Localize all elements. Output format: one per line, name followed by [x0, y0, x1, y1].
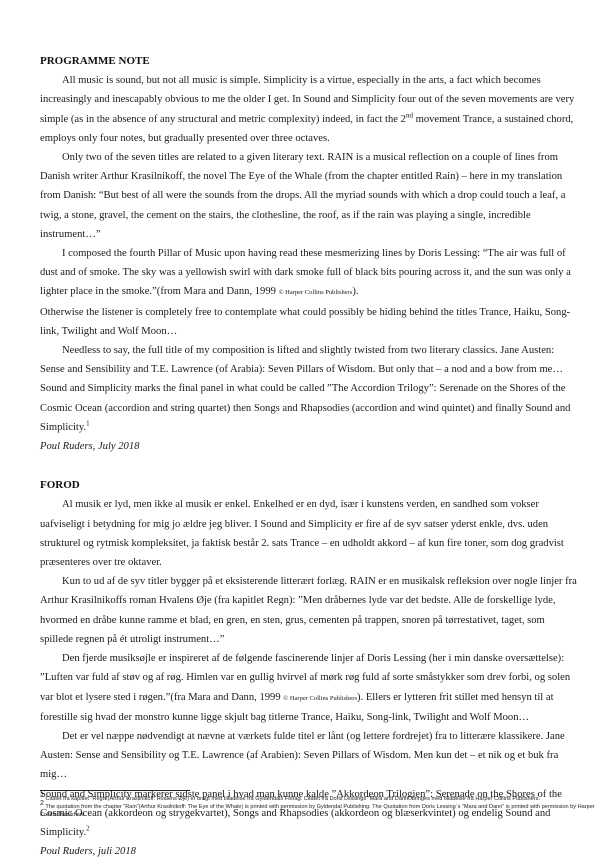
footnote-ref[interactable]: 1 — [86, 419, 90, 427]
ordinal-superscript: nd — [406, 111, 413, 119]
section-heading: FOROD — [40, 476, 580, 495]
signature: Poul Ruders, July 2018 — [40, 437, 580, 456]
footnotes: 1 Citatet fra kapitlet ”Regn”(Arthur Kra… — [40, 790, 600, 820]
document-page: PROGRAMME NOTE All music is sound, but n… — [40, 52, 580, 861]
footnote: 2 The quotation from the chapter ”Rain”(… — [40, 803, 600, 819]
paragraph: Only two of the seven titles are related… — [40, 148, 580, 244]
paragraph: Sound and Simplicity marks the final pan… — [40, 379, 580, 437]
copyright-note: © Harper Collins Publishers — [279, 289, 353, 296]
paragraph: I composed the fourth Pillar of Music up… — [40, 244, 580, 303]
footnote: 1 Citatet fra kapitlet ”Regn”(Arthur Kra… — [40, 795, 600, 803]
paragraph: Otherwise the listener is completely fre… — [40, 303, 580, 341]
paragraph: All music is sound, but not all music is… — [40, 71, 580, 148]
paragraph: Al musik er lyd, men ikke al musik er en… — [40, 495, 580, 572]
section-heading: PROGRAMME NOTE — [40, 52, 580, 71]
paragraph: Kun to ud af de syv titler bygger på et … — [40, 572, 580, 649]
footnote-divider — [40, 790, 190, 791]
signature: Poul Ruders, juli 2018 — [40, 842, 580, 861]
copyright-note: © Harper Collins Publishers — [283, 695, 357, 702]
section-gap — [40, 456, 580, 476]
paragraph: Den fjerde musiksøjle er inspireret af d… — [40, 649, 580, 727]
programme-note-section: PROGRAMME NOTE All music is sound, but n… — [40, 52, 580, 456]
paragraph: Det er vel næppe nødvendigt at nævne at … — [40, 727, 580, 785]
paragraph: Needless to say, the full title of my co… — [40, 341, 580, 379]
footnote-ref[interactable]: 2 — [86, 824, 90, 832]
